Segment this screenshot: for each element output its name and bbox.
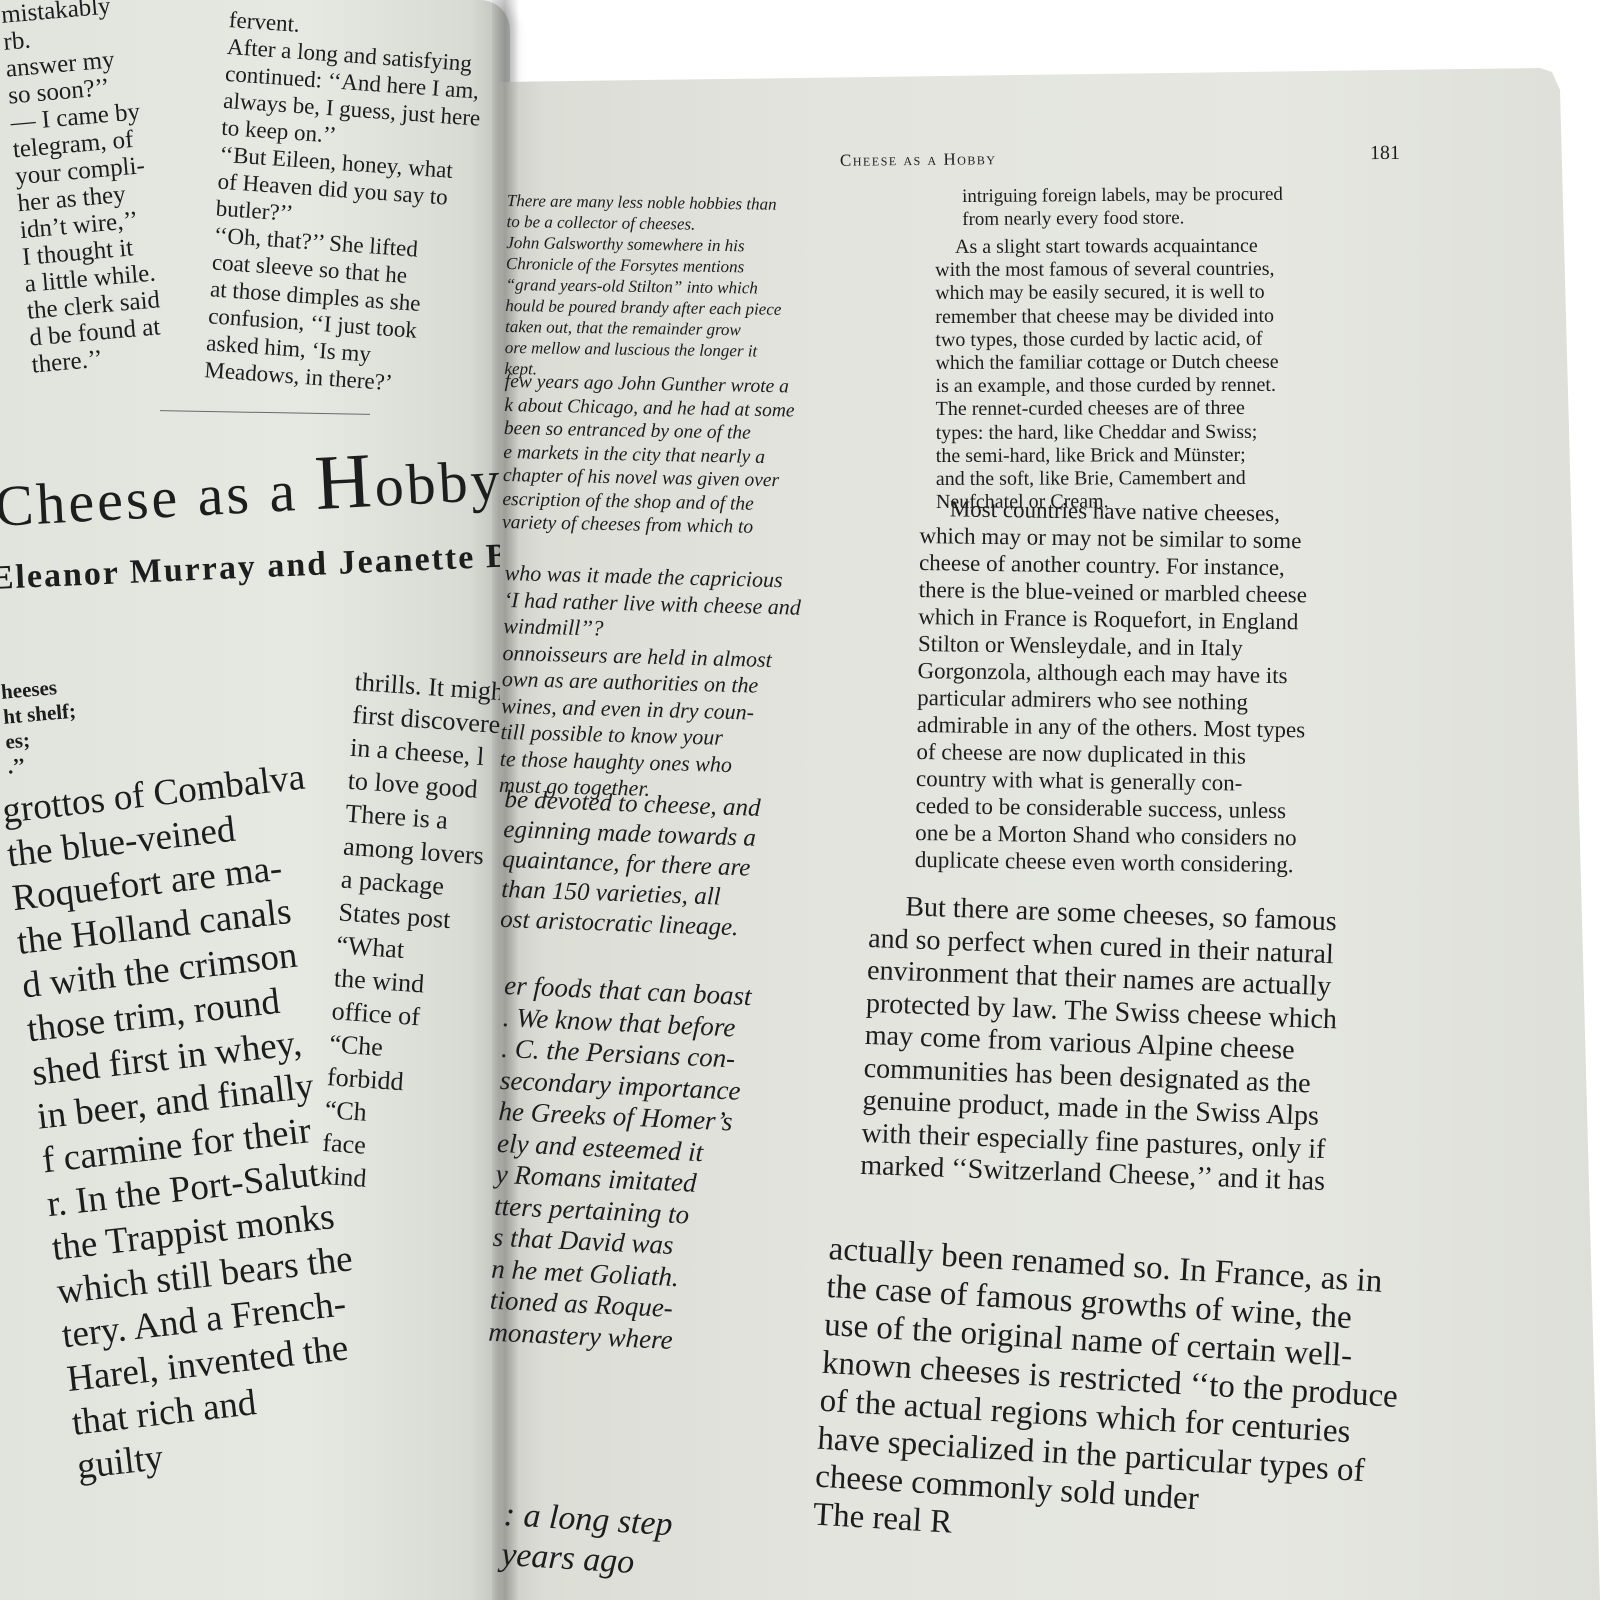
types-paragraph: As a slight start towards acquaintance w… — [935, 235, 1279, 515]
text-line: which the familiar cottage or Dutch chee… — [935, 351, 1278, 375]
text-line: is an example, and those curded by renne… — [935, 374, 1278, 398]
devoted-paragraph: be devoted to cheese, and eginning made … — [500, 785, 761, 944]
text-line: kind — [319, 1159, 367, 1195]
native-cheeses-paragraph: Most countries have native cheeses, whic… — [915, 495, 1309, 878]
title-initial-h: H — [313, 436, 377, 526]
article-column-right: thrills. It might first discovered in a … — [319, 665, 505, 1202]
epigraph-verse: heeses ht shelf; es; .’’ — [0, 674, 81, 780]
history-paragraph: er foods that can boast . We know that b… — [488, 970, 752, 1359]
title-divider — [160, 410, 370, 415]
title-rest: obby — [373, 447, 504, 519]
page-number: 181 — [1370, 142, 1400, 165]
long-step-paragraph: : a long step years ago — [500, 1495, 674, 1585]
article-title: Cheese as a Hobby — [0, 428, 504, 544]
labels-paragraph: intriguing foreign labels, may be procur… — [962, 184, 1283, 231]
story-column-2: fervent. After a long and satisfying con… — [204, 6, 487, 401]
text-line: The rennet-curded cheeses are of three — [936, 397, 1279, 421]
text-line: duplicate cheese even worth considering. — [915, 846, 1304, 878]
text-line: intriguing foreign labels, may be procur… — [962, 184, 1283, 209]
text-line: “Che — [328, 1027, 384, 1064]
text-line: and the soft, like Brie, Camembert and — [936, 467, 1279, 491]
open-book-photo: mistakably rb. answer my so soon?’’ — I … — [0, 0, 1600, 1600]
text-line: ore mellow and luscious the longer it — [505, 337, 781, 362]
text-line: “Ch — [324, 1093, 368, 1129]
swiss-paragraph: But there are some cheeses, so famous an… — [860, 890, 1341, 1199]
text-line: forbidd — [326, 1060, 405, 1098]
left-page: mistakably rb. answer my so soon?’’ — I … — [0, 0, 510, 1600]
text-line: As a slight start towards acquaintance — [935, 235, 1278, 259]
verse-line: .’’ — [7, 748, 82, 779]
title-text: Cheese as a — [0, 457, 317, 539]
gunther-paragraph: few years ago John Gunther wrote a k abo… — [502, 370, 795, 540]
story-column-1: mistakably rb. answer my so soon?’’ — I … — [0, 0, 166, 379]
intro-paragraph: There are many less noble hobbies than t… — [504, 190, 783, 383]
text-line: two types, those curded by lactic acid, … — [935, 328, 1278, 352]
text-line: from nearly every food store. — [962, 206, 1283, 231]
windmill-paragraph: who was it made the capricious ‘I had ra… — [499, 560, 802, 806]
article-authors: Eleanor Murray and Jeanette B — [0, 537, 511, 598]
text-line: face — [321, 1126, 366, 1162]
france-paragraph: actually been renamed so. In France, as … — [812, 1230, 1406, 1568]
running-header: Cheese as a Hobby — [840, 149, 997, 171]
text-line: types: the hard, like Cheddar and Swiss; — [936, 420, 1279, 444]
text-line: “What — [335, 928, 405, 966]
text-line: the semi-hard, like Brick and Münster; — [936, 444, 1279, 468]
text-line: remember that cheese may be divided into — [935, 304, 1278, 328]
text-line: which may be easily secured, it is well … — [935, 281, 1278, 305]
text-line: with the most famous of several countrie… — [935, 258, 1278, 282]
